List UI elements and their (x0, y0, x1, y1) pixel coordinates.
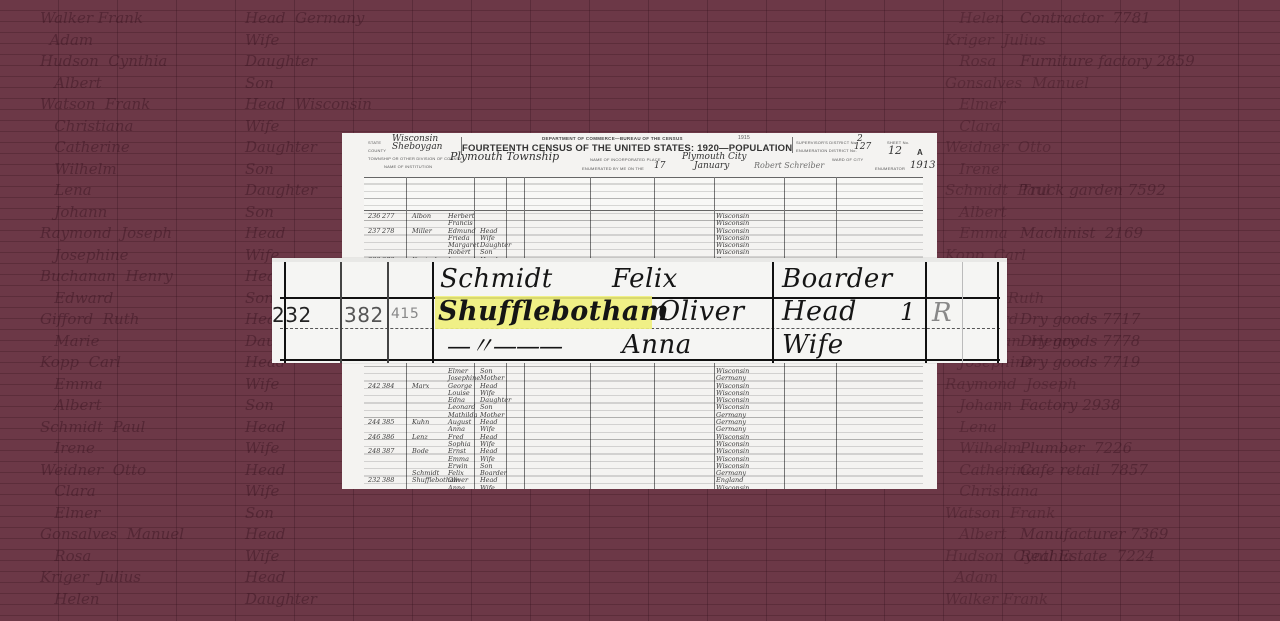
row2-street-number: 232 (272, 303, 312, 327)
rule-col-owned (962, 262, 963, 363)
census-upper-rows: 236277AlbonHerbertWisconsinFrancisWiscon… (366, 213, 926, 264)
rule-col-relation (772, 262, 774, 363)
row3-given-name: Anna (622, 330, 692, 360)
family-number: 385 (382, 419, 394, 426)
row2-surname: Shufflebotham (438, 296, 669, 327)
surname: Kuhn (412, 419, 429, 426)
row2-owned-rented: R (932, 298, 952, 328)
background-names-column-left: Walker Frank Adam Hudson Cynthia Albert … (40, 8, 184, 610)
row1-given-name: Felix (612, 264, 678, 294)
strip-top-edge (272, 258, 1007, 262)
district-box-divider (792, 137, 793, 153)
row2-dwelling-number: 382 (344, 303, 384, 327)
incorporated-place-label: NAME OF INCORPORATED PLACE (590, 157, 661, 162)
sheet-value: 12 (888, 144, 902, 157)
surname: Lenz (412, 434, 428, 441)
row2-given-name: Oliver (658, 296, 745, 327)
relation: Wife (480, 485, 495, 489)
magnified-record-strip: Schmidt Felix Boarder 232 382 415 Shuffl… (272, 258, 1007, 363)
rule-right (997, 262, 999, 363)
state-county-box (368, 137, 462, 155)
form-number: 1915 (738, 135, 750, 141)
dwelling-number: 236 (368, 213, 380, 220)
enumeration-district-label: ENUMERATION DISTRICT No. (796, 148, 857, 153)
enumerator-name: Robert Schreiber (754, 161, 824, 170)
row3-relation: Wife (782, 330, 844, 360)
census-lower-rows: ElmerSonWisconsinJosephineMotherGermany2… (366, 368, 926, 489)
supervisors-district-label: SUPERVISOR'S DISTRICT No. (796, 140, 857, 145)
surname: Bode (412, 448, 429, 455)
surname: Miller (412, 228, 432, 235)
dwelling-number: 237 (368, 228, 380, 235)
dwelling-number: 232 (368, 477, 380, 484)
dwelling-number: 244 (368, 419, 380, 426)
enumerated-month: January (694, 161, 729, 171)
enumeration-district-value: 127 (854, 142, 871, 152)
dwelling-number: 246 (368, 434, 380, 441)
surname: Marx (412, 383, 429, 390)
enumerated-day: 17 (654, 161, 665, 171)
township-label: TOWNSHIP OR OTHER DIVISION OF COUNTY (368, 156, 462, 161)
document-header: STATE Wisconsin COUNTY Sheboygan TOWNSHI… (342, 133, 937, 177)
dwelling-number: 248 (368, 448, 380, 455)
department-line: DEPARTMENT OF COMMERCE—BUREAU OF THE CEN… (542, 136, 683, 141)
institution-label: NAME OF INSTITUTION (384, 164, 432, 169)
surname: Albon (412, 213, 431, 220)
sheet-side: A (917, 148, 923, 157)
family-number: 388 (382, 477, 394, 484)
row1-relation: Boarder (782, 264, 893, 294)
row2-family-number: 415 (391, 306, 419, 322)
row1-surname: Schmidt (440, 264, 553, 294)
ward-label: WARD OF CITY (832, 157, 863, 162)
rule-col-family (387, 262, 389, 363)
rule-col-dwelling (340, 262, 342, 363)
enumerator-label: ENUMERATOR (875, 166, 905, 171)
row2-relation: Head (782, 296, 857, 327)
row2-tenure-mark: 1 (900, 298, 916, 326)
family-number: 384 (382, 383, 394, 390)
family-number: 277 (382, 213, 394, 220)
given-name: Anna (448, 485, 465, 489)
family-number: 386 (382, 434, 394, 441)
rule-col-tenure (925, 262, 927, 363)
year-note: 1913 (910, 160, 935, 171)
family-number: 387 (382, 448, 394, 455)
census-row: AnnaWifeWisconsin (366, 485, 926, 489)
birthplace: Wisconsin (716, 485, 749, 489)
row3-ditto-mark: —〃——— (447, 326, 562, 361)
family-number: 278 (382, 228, 394, 235)
rule-col-name (432, 262, 434, 363)
enumerated-label: ENUMERATED BY ME ON THE (582, 166, 644, 171)
dwelling-number: 242 (368, 383, 380, 390)
